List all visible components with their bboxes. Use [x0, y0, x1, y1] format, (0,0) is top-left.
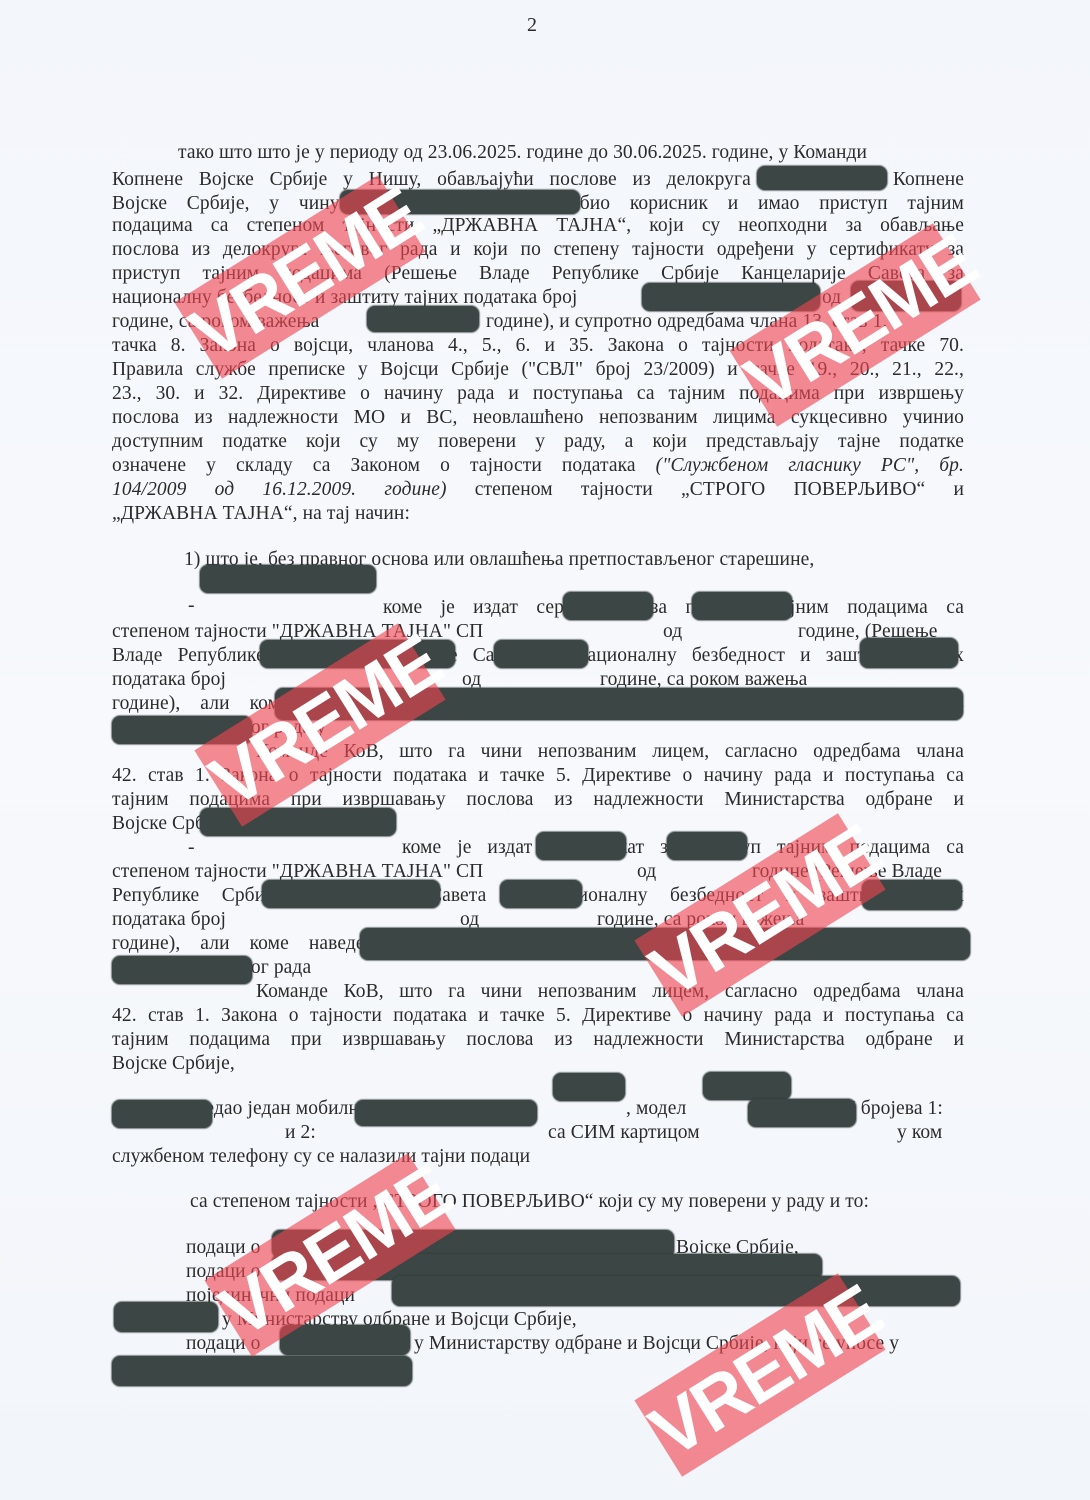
text-line: Правила службе преписке у Војсци Србије … [112, 358, 964, 382]
redaction [112, 716, 252, 744]
redaction [757, 166, 887, 190]
page-number: 2 [527, 14, 537, 37]
redaction [200, 808, 396, 836]
text-line: подацима са степеном тајности „ДРЖАВНА Т… [112, 214, 964, 238]
text-line: 42. став 1. Закона о тајности података и… [112, 764, 964, 788]
text-line: тако што што је у периоду од 23.06.2025.… [178, 141, 965, 165]
redaction [563, 592, 653, 620]
text-line: подаци о [186, 1236, 261, 1260]
redaction [262, 880, 440, 908]
text-line: Команде КоВ, што га чини непозваним лице… [256, 740, 964, 764]
text-line: 42. став 1. Закона о тајности података и… [112, 1004, 964, 1028]
redaction [862, 880, 962, 910]
redaction [494, 640, 588, 668]
redaction [360, 928, 970, 960]
text-line: , модел [626, 1097, 686, 1121]
text-line: Копнене Војске Србије у Нишу, обављајући… [112, 166, 964, 192]
text-line: тачка 8. Закона о војсци, чланова 4., 5.… [112, 334, 964, 358]
text-line: доступним податке који су му поверени у … [112, 430, 964, 454]
bullet-dash: - [188, 594, 195, 618]
redaction [860, 638, 958, 668]
text-line: послова из надлежности МО и ВС, неовлашћ… [112, 406, 964, 430]
text-line: Команде КоВ, што га чини непозваним лице… [256, 980, 964, 1004]
redaction [500, 880, 582, 908]
text-line: подаци о [186, 1260, 261, 1284]
document-page: 2 тако што што је у периоду од 23.06.202… [0, 0, 1090, 1500]
redaction [667, 832, 747, 860]
text-line: године, са роком важења [112, 310, 319, 334]
classification-line: са степеном тајности „СТРОГО ПОВЕРЉИВО“ … [190, 1190, 869, 1214]
redaction [355, 1100, 537, 1126]
redaction [112, 1100, 212, 1128]
text-line: послова из делокруга његовог рада и који… [112, 238, 964, 262]
text-line: од [637, 860, 656, 884]
text-line: године), и супротно одредбама члана 13. … [486, 310, 888, 334]
text-line: од [663, 620, 682, 644]
redaction [340, 190, 580, 214]
bullet-dash: - [188, 836, 195, 860]
text-line: подаци о [186, 1332, 261, 1356]
redaction [748, 1099, 856, 1127]
text-line: података број [112, 908, 226, 932]
text-line: у Министарству одбране и Војсци Србије, … [414, 1332, 899, 1356]
redaction [536, 832, 626, 860]
text-line: Војске Србије, [112, 1052, 235, 1076]
redaction [392, 1276, 960, 1306]
redaction [275, 688, 963, 720]
redaction [114, 1302, 218, 1332]
text-line: означене у складу са Законом о тајности … [112, 454, 964, 478]
redaction [112, 1356, 412, 1386]
text-line: са СИМ картицом [548, 1121, 700, 1145]
redaction [703, 1072, 791, 1100]
text-line: 104/2009 од 16.12.2009. године) степеном… [112, 478, 964, 502]
redaction [692, 592, 792, 620]
text-line: од [822, 286, 841, 310]
redaction [553, 1073, 625, 1101]
redaction [851, 281, 961, 311]
redaction [367, 306, 479, 332]
text-line: и 2: [285, 1121, 316, 1145]
redaction [642, 283, 820, 311]
text-line: Војске Србије, у чинубио корисник и имао… [112, 190, 964, 216]
redaction [200, 565, 376, 593]
text-line: у ком [897, 1121, 942, 1145]
text-line: приступ тајним подацима (Решење Владе Ре… [112, 262, 964, 286]
redaction [112, 956, 252, 984]
text-line: „ДРЖАВНА ТАЈНА“, на тај начин: [112, 502, 410, 526]
text-line: података број [112, 668, 226, 692]
text-line: коме је издат сертификат за приступ тајн… [383, 596, 964, 620]
redaction [280, 1325, 410, 1355]
text-line: тајним подацима при извршавању послова и… [112, 1028, 964, 1052]
text-line: службеном телефону су се налазили тајни … [112, 1145, 530, 1169]
text-line: 23., 30. и 32. Директиве о начину рада и… [112, 382, 964, 406]
redaction [260, 640, 455, 668]
